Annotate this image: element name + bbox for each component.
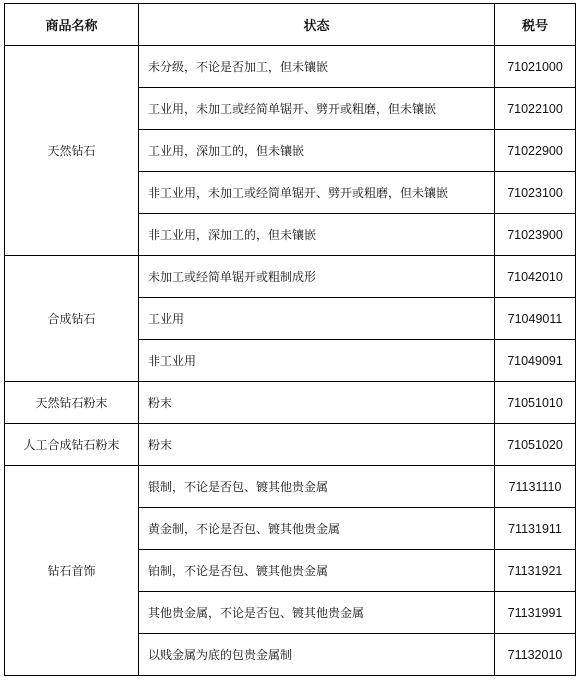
status-cell: 粉末	[139, 424, 495, 466]
status-cell: 非工业用	[139, 340, 495, 382]
tariff-code-cell: 71023100	[495, 172, 576, 214]
tariff-code-cell: 71131110	[495, 466, 576, 508]
tariff-code-cell: 71131991	[495, 592, 576, 634]
status-cell: 工业用	[139, 298, 495, 340]
status-cell: 其他贵金属，不论是否包、镀其他贵金属	[139, 592, 495, 634]
status-cell: 以贱金属为底的包贵金属制	[139, 634, 495, 676]
tariff-code-cell: 71051020	[495, 424, 576, 466]
status-cell: 银制，不论是否包、镀其他贵金属	[139, 466, 495, 508]
status-cell: 未加工或经简单锯开或粗制成形	[139, 256, 495, 298]
header-status: 状态	[139, 4, 495, 46]
diamond-tariff-table: 商品名称 状态 税号 天然钻石 未分级，不论是否加工，但未镶嵌 71021000…	[4, 3, 576, 676]
header-product-name: 商品名称	[5, 4, 139, 46]
status-cell: 未分级，不论是否加工，但未镶嵌	[139, 46, 495, 88]
status-cell: 非工业用，深加工的，但未镶嵌	[139, 214, 495, 256]
table-row: 天然钻石粉末 粉末 71051010	[5, 382, 576, 424]
tariff-code-cell: 71022900	[495, 130, 576, 172]
table-row: 合成钻石 未加工或经简单锯开或粗制成形 71042010	[5, 256, 576, 298]
tariff-code-cell: 71051010	[495, 382, 576, 424]
header-row: 商品名称 状态 税号	[5, 4, 576, 46]
tariff-code-cell: 71131911	[495, 508, 576, 550]
product-name-cell: 天然钻石	[5, 46, 139, 256]
tariff-code-cell: 71131921	[495, 550, 576, 592]
status-cell: 非工业用，未加工或经简单锯开、劈开或粗磨，但未镶嵌	[139, 172, 495, 214]
status-cell: 粉末	[139, 382, 495, 424]
tariff-code-cell: 71049011	[495, 298, 576, 340]
tariff-code-cell: 71021000	[495, 46, 576, 88]
status-cell: 工业用，深加工的，但未镶嵌	[139, 130, 495, 172]
product-name-cell: 合成钻石	[5, 256, 139, 382]
tariff-code-cell: 71023900	[495, 214, 576, 256]
table-row: 人工合成钻石粉末 粉末 71051020	[5, 424, 576, 466]
tariff-code-cell: 71042010	[495, 256, 576, 298]
tariff-code-cell: 71132010	[495, 634, 576, 676]
tariff-code-cell: 71049091	[495, 340, 576, 382]
tariff-code-cell: 71022100	[495, 88, 576, 130]
status-cell: 黄金制，不论是否包、镀其他贵金属	[139, 508, 495, 550]
table-row: 钻石首饰 银制，不论是否包、镀其他贵金属 71131110	[5, 466, 576, 508]
product-name-cell: 人工合成钻石粉末	[5, 424, 139, 466]
status-cell: 铂制，不论是否包、镀其他贵金属	[139, 550, 495, 592]
product-name-cell: 天然钻石粉末	[5, 382, 139, 424]
header-tariff-code: 税号	[495, 4, 576, 46]
product-name-cell: 钻石首饰	[5, 466, 139, 676]
table-row: 天然钻石 未分级，不论是否加工，但未镶嵌 71021000	[5, 46, 576, 88]
status-cell: 工业用，未加工或经简单锯开、劈开或粗磨，但未镶嵌	[139, 88, 495, 130]
